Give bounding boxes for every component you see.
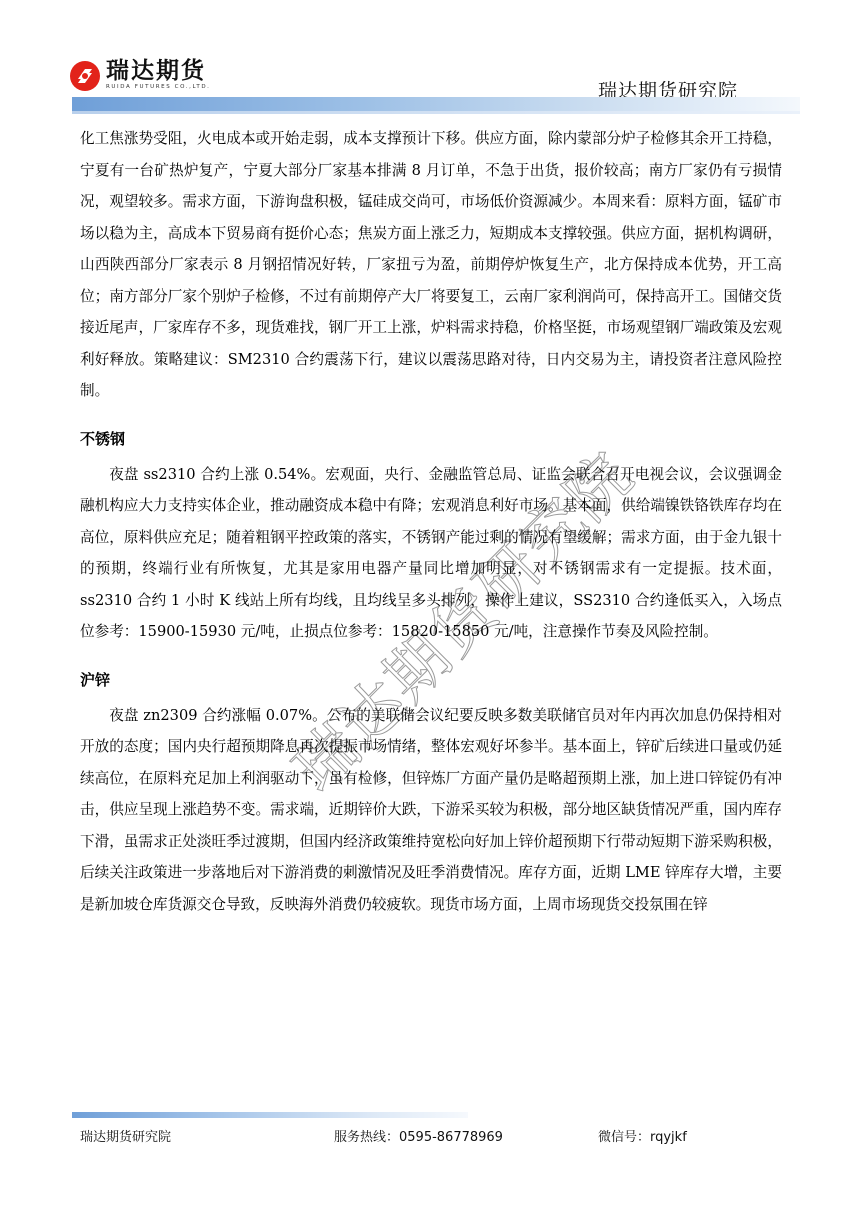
report-body: 化工焦涨势受阻，火电成本或开始走弱，成本支撑预计下移。供应方面，除内蒙部分炉子检… (80, 123, 782, 920)
section-paragraph-zinc: 夜盘 zn2309 合约涨幅 0.07%。公布的美联储会议纪要反映多数美联储官员… (80, 700, 782, 921)
page-footer: 瑞达期货研究院 服务热线：0595-86778969 微信号：rqyjkf (80, 1126, 800, 1146)
company-logo: 瑞达期货 RUIDA FUTURES CO.,LTD. (68, 59, 211, 93)
header-gradient-bar (72, 97, 800, 111)
section-title-zinc: 沪锌 (80, 670, 782, 690)
logo-chinese-name: 瑞达期货 (106, 59, 211, 83)
intro-paragraph: 化工焦涨势受阻，火电成本或开始走弱，成本支撑预计下移。供应方面，除内蒙部分炉子检… (80, 123, 782, 407)
header-divider (72, 111, 800, 114)
footer-gradient-bar (72, 1112, 468, 1118)
logo-english-name: RUIDA FUTURES CO.,LTD. (106, 84, 211, 90)
section-title-stainless-steel: 不锈钢 (80, 429, 782, 449)
footer-hotline: 服务热线：0595-86778969 (334, 1126, 503, 1145)
section-paragraph-stainless-steel: 夜盘 ss2310 合约上涨 0.54%。宏观面，央行、金融监管总局、证监会联合… (80, 459, 782, 648)
footer-wechat: 微信号：rqyjkf (598, 1126, 687, 1145)
ruida-logo-icon (68, 59, 102, 93)
footer-org: 瑞达期货研究院 (80, 1126, 171, 1145)
page-header: 瑞达期货 RUIDA FUTURES CO.,LTD. 瑞达期货研究院 (0, 0, 860, 120)
